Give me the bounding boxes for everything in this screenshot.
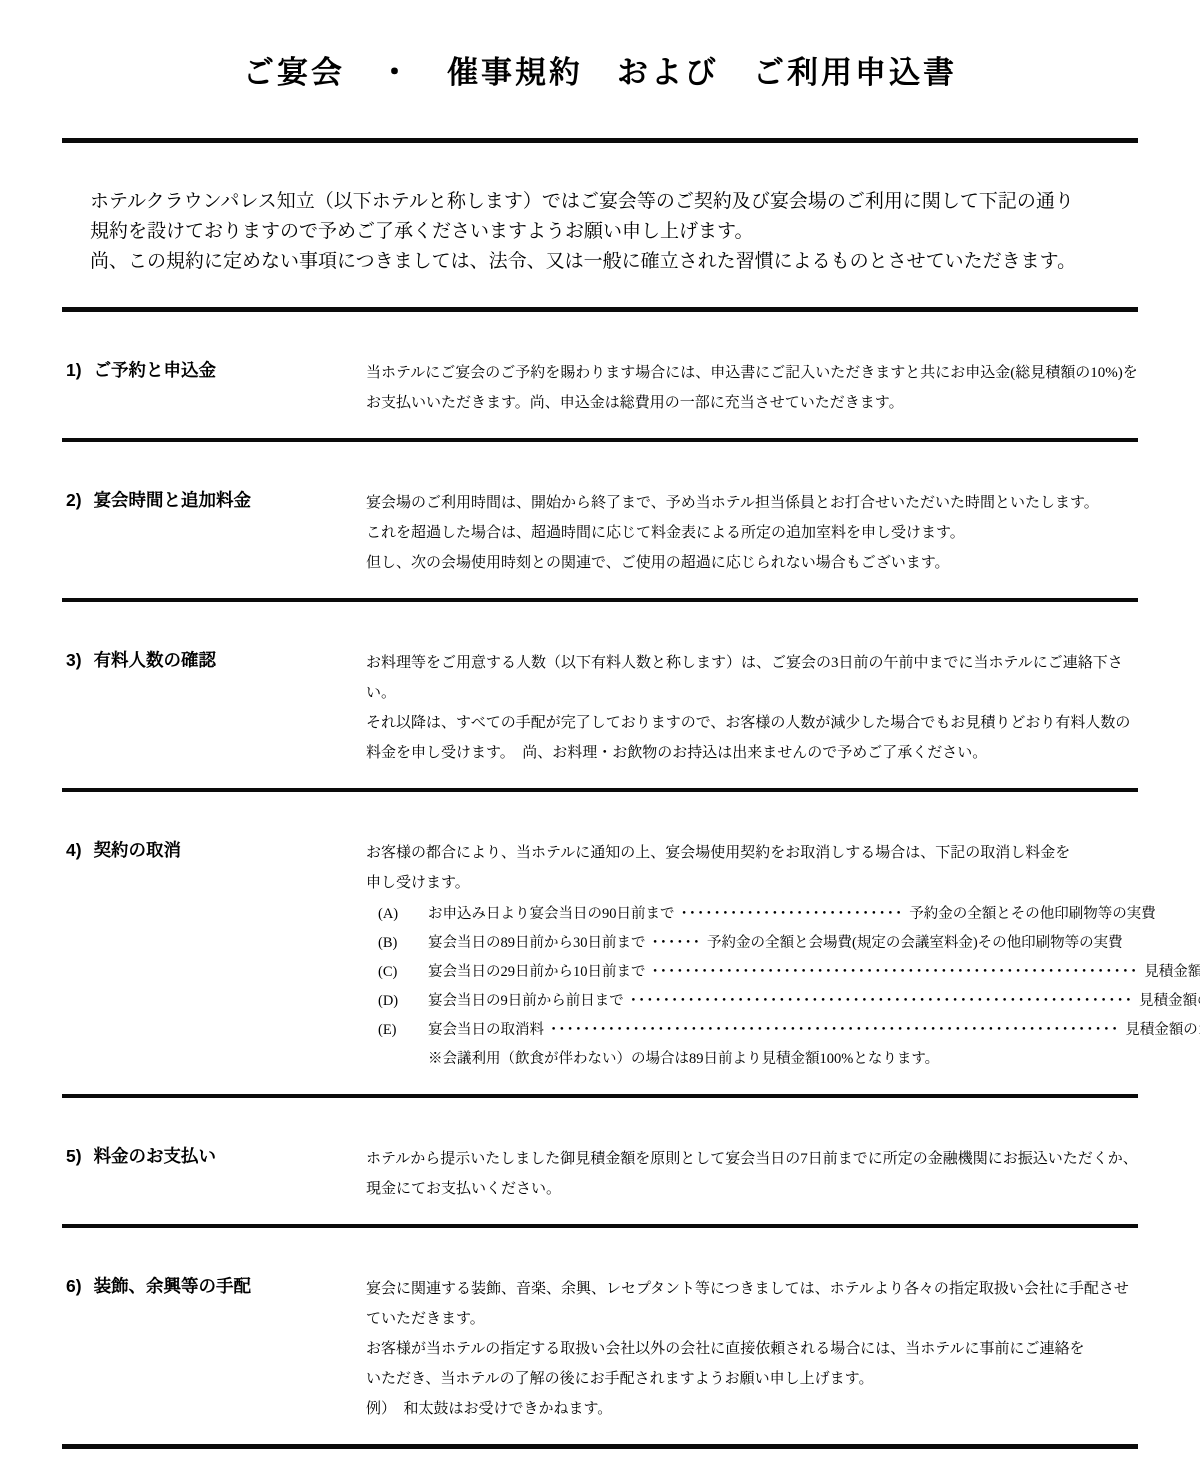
body-line: これを超過した場合は、超過時間に応じて料金表による所定の追加室料を申し受けます。 xyxy=(366,518,1138,548)
section-payment: 5)料金のお支払い ホテルから提示いたしました御見積金額を原則として宴会当日の7… xyxy=(62,1098,1138,1224)
section-body: お料理等をご用意する人数（以下有料人数と称します）は、ご宴会の3日前の午前中まで… xyxy=(366,648,1138,768)
section-number: 4) xyxy=(66,840,82,860)
section-body: 宴会に関連する装飾、音楽、余興、レセプタント等につきましては、ホテルより各々の指… xyxy=(366,1274,1138,1424)
section-heading: 6)装飾、余興等の手配 xyxy=(66,1274,366,1298)
body-line: お支払いいただきます。尚、申込金は総費用の一部に充当させていただきます。 xyxy=(366,388,1138,418)
body-line: 申し受けます。 xyxy=(366,868,1200,898)
section-number: 6) xyxy=(66,1276,82,1296)
item-result: 予約金の全額とその他印刷物等の実費 xyxy=(909,906,1156,922)
section-title: 宴会時間と追加料金 xyxy=(94,490,252,510)
section-title: 装飾、余興等の手配 xyxy=(94,1276,252,1296)
section-body: お客様の都合により、当ホテルに通知の上、宴会場使用契約をお取消しする場合は、下記… xyxy=(366,838,1200,1074)
section-title: 有料人数の確認 xyxy=(94,650,217,670)
item-result: 予約金の全額と会場費(規定の会議室料金)その他印刷物等の実費 xyxy=(707,935,1123,951)
body-line: 当ホテルにご宴会のご予約を賜わります場合には、申込書にご記入いただきますと共にお… xyxy=(366,358,1138,388)
section-number: 1) xyxy=(66,360,82,380)
section-contract-cancellation: 4)契約の取消 お客様の都合により、当ホテルに通知の上、宴会場使用契約をお取消し… xyxy=(62,792,1138,1094)
intro-line: ホテルクラウンパレス知立（以下ホテルと称します）ではご宴会等のご契約及び宴会場の… xyxy=(90,187,1138,217)
cancellation-item-e: (E)宴会当日の取消料･････････････････････････････… xyxy=(366,1016,1200,1045)
item-result: 見積金額の100% xyxy=(1125,1022,1200,1038)
section-decoration-entertainment: 6)装飾、余興等の手配 宴会に関連する装飾、音楽、余興、レセプタント等につきまし… xyxy=(62,1228,1138,1444)
section-number: 5) xyxy=(66,1146,82,1166)
item-label: (A) xyxy=(378,900,428,929)
intro-line: 尚、この規約に定めない事項につきましては、法令、又は一般に確立された習慣によるも… xyxy=(90,247,1138,277)
dot-leader: ････････････････････････････････････････… xyxy=(550,1022,1119,1038)
section-body: 当ホテルにご宴会のご予約を賜わります場合には、申込書にご記入いただきますと共にお… xyxy=(366,358,1138,418)
body-line: 宴会場のご利用時間は、開始から終了まで、予め当ホテル担当係員とお打合せいただいた… xyxy=(366,488,1138,518)
cancellation-item-b: (B)宴会当日の89日前から30日前まで･･････予約金の全額と会場費(規定の… xyxy=(366,929,1200,958)
section-heading: 5)料金のお支払い xyxy=(66,1144,366,1168)
section-heading: 2)宴会時間と追加料金 xyxy=(66,488,366,512)
body-line: 但し、次の会場使用時刻との関連で、ご使用の超過に応じられない場合もございます。 xyxy=(366,548,1138,578)
cancellation-fee-list: (A)お申込み日より宴会当日の90日前まで･･･････････････････… xyxy=(366,900,1200,1074)
dot-leader: ･･････ xyxy=(652,935,702,951)
section-number: 2) xyxy=(66,490,82,510)
cancellation-note: ※会議利用（飲食が伴わない）の場合は89日前より見積金額100%となります。 xyxy=(366,1045,1200,1074)
item-label: (E) xyxy=(378,1016,428,1045)
item-text: 宴会当日の29日前から10日前まで xyxy=(428,964,646,980)
item-label: (D) xyxy=(378,987,428,1016)
dot-leader: ･･･････････････････････････ xyxy=(681,906,904,922)
section-heading: 1)ご予約と申込金 xyxy=(66,358,366,382)
intro-paragraph: ホテルクラウンパレス知立（以下ホテルと称します）ではご宴会等のご契約及び宴会場の… xyxy=(90,187,1138,277)
item-text: お申込み日より宴会当日の90日前まで xyxy=(428,906,675,922)
section-title: 契約の取消 xyxy=(94,840,182,860)
body-line: お客様が当ホテルの指定する取扱い会社以外の会社に直接依頼される場合には、当ホテル… xyxy=(366,1334,1138,1364)
body-line: お料理等をご用意する人数（以下有料人数と称します）は、ご宴会の3日前の午前中まで… xyxy=(366,648,1138,708)
page-title: ご宴会 ・ 催事規約 および ご利用申込書 xyxy=(62,0,1138,96)
cancellation-item-c: (C)宴会当日の29日前から10日前まで････････････････････… xyxy=(366,958,1200,987)
body-line: 現金にてお支払いください。 xyxy=(366,1174,1138,1204)
cancellation-item-d: (D)宴会当日の9日前から前日まで･･･････････････････････… xyxy=(366,987,1200,1016)
section-heading: 4)契約の取消 xyxy=(66,838,366,862)
section-title: 料金のお支払い xyxy=(94,1146,217,1166)
section-paid-headcount-confirmation: 3)有料人数の確認 お料理等をご用意する人数（以下有料人数と称します）は、ご宴会… xyxy=(62,602,1138,788)
section-body: ホテルから提示いたしました御見積金額を原則として宴会当日の7日前までに所定の金融… xyxy=(366,1144,1138,1204)
body-line: 例） 和太鼓はお受けできかねます。 xyxy=(366,1394,1138,1424)
item-result: 見積金額の80% xyxy=(1139,993,1200,1009)
item-label: (C) xyxy=(378,958,428,987)
dot-leader: ････････････････････････････････････････… xyxy=(630,993,1133,1009)
section-body: 宴会場のご利用時間は、開始から終了まで、予め当ホテル担当係員とお打合せいただいた… xyxy=(366,488,1138,578)
intro-line: 規約を設けておりますので予めご了承くださいますようお願い申し上げます。 xyxy=(90,217,1138,247)
section-title: ご予約と申込金 xyxy=(94,360,217,380)
section-heading: 3)有料人数の確認 xyxy=(66,648,366,672)
divider-under-title xyxy=(62,138,1138,143)
body-line: 宴会に関連する装飾、音楽、余興、レセプタント等につきましては、ホテルより各々の指… xyxy=(366,1274,1138,1334)
item-label: (B) xyxy=(378,929,428,958)
section-reservation-deposit: 1)ご予約と申込金 当ホテルにご宴会のご予約を賜わります場合には、申込書にご記入… xyxy=(62,312,1138,438)
cancellation-item-a: (A)お申込み日より宴会当日の90日前まで･･･････････････････… xyxy=(366,900,1200,929)
dot-leader: ････････････････････････････････････････… xyxy=(652,964,1139,980)
body-line: ホテルから提示いたしました御見積金額を原則として宴会当日の7日前までに所定の金融… xyxy=(366,1144,1138,1174)
body-line: いただき、当ホテルの了解の後にお手配されますようお願い申し上げます。 xyxy=(366,1364,1138,1394)
section-banquet-time-extra-fee: 2)宴会時間と追加料金 宴会場のご利用時間は、開始から終了まで、予め当ホテル担当… xyxy=(62,442,1138,598)
section-number: 3) xyxy=(66,650,82,670)
body-line: それ以降は、すべての手配が完了しておりますので、お客様の人数が減少した場合でもお… xyxy=(366,708,1138,738)
body-line: お客様の都合により、当ホテルに通知の上、宴会場使用契約をお取消しする場合は、下記… xyxy=(366,838,1200,868)
item-result: 見積金額の50% xyxy=(1144,964,1200,980)
item-text: 宴会当日の89日前から30日前まで xyxy=(428,935,646,951)
item-text: 宴会当日の取消料 xyxy=(428,1022,544,1038)
bottom-divider xyxy=(62,1444,1138,1449)
body-line: 料金を申し受けます。 尚、お料理・お飲物のお持込は出来ませんので予めご了承くださ… xyxy=(366,738,1138,768)
item-text: 宴会当日の9日前から前日まで xyxy=(428,993,624,1009)
document-page: ご宴会 ・ 催事規約 および ご利用申込書 ホテルクラウンパレス知立（以下ホテル… xyxy=(0,0,1200,1479)
